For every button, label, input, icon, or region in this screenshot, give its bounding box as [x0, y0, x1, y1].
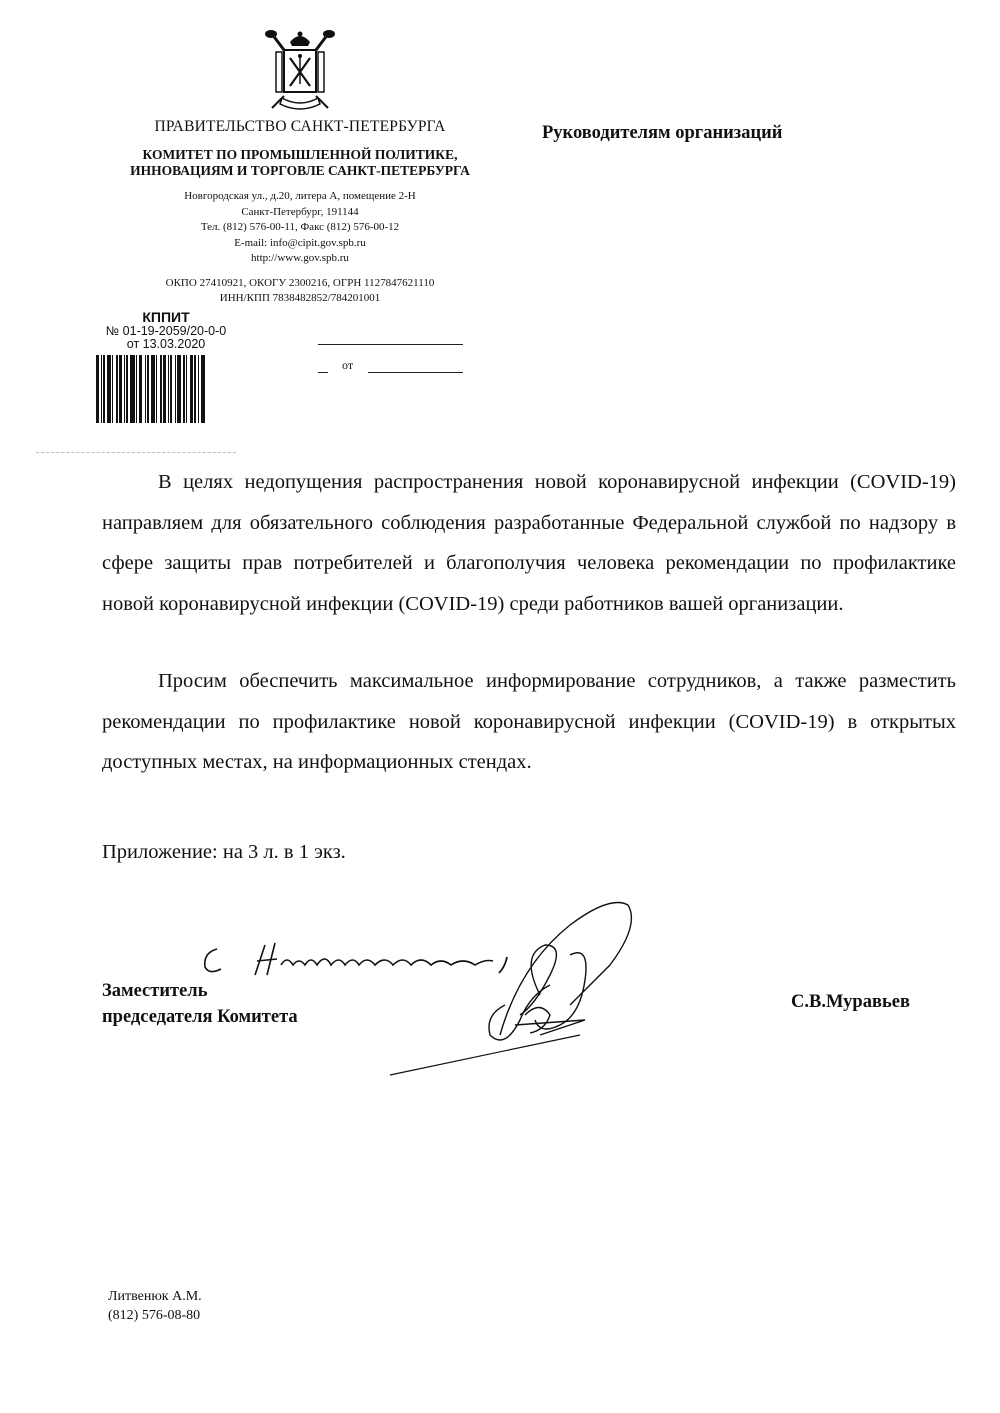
recipient: Руководителям организаций [542, 123, 782, 144]
signatory-title-line2: председателя Комитета [102, 1004, 298, 1030]
registration-codes: ОКПО 27410921, ОКОГУ 2300216, ОГРН 11278… [100, 276, 500, 305]
address-line2: Санкт-Петербург, 191144 [100, 205, 500, 221]
stamp-date: от 13.03.2020 [92, 338, 240, 352]
codes-line1: ОКПО 27410921, ОКОГУ 2300216, ОГРН 11278… [100, 276, 500, 291]
body-paragraph-2: Просим обеспечить максимальное информиро… [102, 661, 956, 783]
reference-ot-label: от [342, 358, 353, 373]
reference-date-row: от [318, 357, 468, 377]
executor-info: Литвенюк А.М. (812) 576-08-80 [108, 1287, 202, 1325]
government-title: ПРАВИТЕЛЬСТВО САНКТ-ПЕТЕРБУРГА [100, 118, 500, 136]
stamp-number: № 01-19-2059/20-0-0 [92, 325, 240, 339]
attachment-note: Приложение: на 3 л. в 1 экз. [102, 841, 346, 864]
codes-line2: ИНН/КПП 7838482852/784201001 [100, 291, 500, 306]
website: http://www.gov.spb.ru [100, 251, 500, 267]
contact-block: Новгородская ул., д.20, литера А, помеще… [100, 189, 500, 267]
committee-name-line2: ИННОВАЦИЯМ И ТОРГОВЛЕ САНКТ-ПЕТЕРБУРГА [100, 163, 500, 179]
body-paragraph-1: В целях недопущения распространения ново… [102, 462, 956, 624]
signatory-title-line1: Заместитель [102, 978, 298, 1004]
paragraph-2-text: Просим обеспечить максимальное информиро… [102, 661, 956, 783]
address-line1: Новгородская ул., д.20, литера А, помеще… [100, 189, 500, 205]
scan-artifact [36, 452, 236, 453]
coat-of-arms-icon [262, 28, 338, 116]
reference-dash [318, 372, 328, 373]
phone-fax: Тел. (812) 576-00-11, Факс (812) 576-00-… [100, 220, 500, 236]
signatory-title: Заместитель председателя Комитета [102, 978, 298, 1030]
barcode-icon [96, 355, 228, 423]
committee-name-line1: КОМИТЕТ ПО ПРОМЫШЛЕННОЙ ПОЛИТИКЕ, [100, 147, 500, 163]
signature-icon [370, 885, 660, 1085]
executor-name: Литвенюк А.М. [108, 1287, 202, 1306]
reference-number-line [318, 344, 463, 345]
paragraph-1-text: В целях недопущения распространения ново… [102, 462, 956, 624]
signatory-name: С.В.Муравьев [791, 992, 910, 1013]
reference-date-line [368, 372, 463, 373]
committee-name: КОМИТЕТ ПО ПРОМЫШЛЕННОЙ ПОЛИТИКЕ, ИННОВА… [100, 147, 500, 179]
executor-phone: (812) 576-08-80 [108, 1306, 202, 1325]
registration-stamp: КППИТ № 01-19-2059/20-0-0 от 13.03.2020 [92, 311, 240, 352]
email: E-mail: info@cipit.gov.spb.ru [100, 236, 500, 252]
stamp-org: КППИТ [92, 311, 240, 325]
